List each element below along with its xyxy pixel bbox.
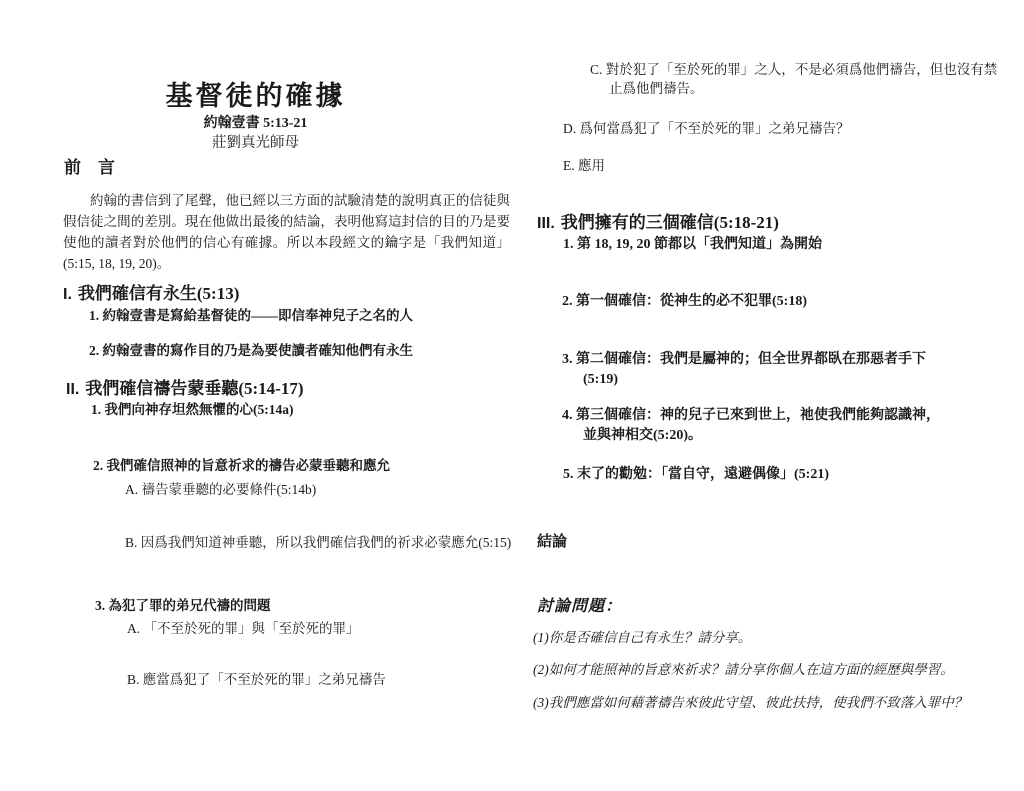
- outline-point-ii-3e: E. 應用: [563, 156, 763, 175]
- outline-point-ii-3c: C. 對於犯了「至於死的罪」之人，不是必須爲他們禱告，但也沒有禁止爲他們禱告。: [590, 60, 1003, 98]
- document-page: 基督徒的確據 約翰壹書 5:13-21 莊劉真光師母 前 言 約翰的書信到了尾聲…: [0, 0, 1024, 791]
- outline-point-i-1: 1. 約翰壹書是寫給基督徒的——即信奉神兒子之名的人: [89, 306, 509, 326]
- outline-point-iii-3: 3. 第二個確信：我們是屬神的；但全世界都臥在那惡者手下(5:19): [562, 350, 945, 390]
- page-title: 基督徒的確據: [63, 74, 448, 113]
- section-i-numeral: I.: [63, 286, 72, 303]
- outline-point-ii-2b: B. 因爲我們知道神垂聽，所以我們確信我們的祈求必蒙應允(5:15): [125, 533, 526, 552]
- outline-point-ii-3d: D. 爲何當爲犯了「不至於死的罪」之弟兄禱告？: [563, 119, 963, 138]
- outline-point-iii-1: 1. 第 18, 19, 20 節都以「我們知道」為開始: [563, 235, 973, 255]
- discussion-question-2: (2)如何才能照神的旨意來祈求？請分享你個人在這方面的經歷與學習。: [533, 660, 993, 679]
- scripture-reference: 約翰壹書 5:13-21: [63, 112, 448, 132]
- section-iii-numeral: III.: [537, 215, 555, 232]
- outline-point-ii-3b: B. 應當爲犯了「不至於死的罪」之弟兄禱告: [127, 670, 511, 689]
- author-name: 莊劉真光師母: [63, 131, 448, 152]
- conclusion-heading: 結論: [537, 530, 567, 551]
- outline-point-iii-4: 4. 第三個確信：神的兒子已來到世上，祂使我們能夠認識神，並與神相交(5:20)…: [562, 406, 945, 446]
- section-ii-title: 我們確信禱告蒙垂聽(5:14-17): [85, 379, 303, 398]
- section-iii-title: 我們擁有的三個確信(5:18-21): [561, 213, 779, 232]
- discussion-question-3: (3)我們應當如何藉著禱告來彼此守望、彼此扶持，使我們不致落入罪中？: [533, 693, 993, 712]
- section-i-heading: I.我們確信有永生(5:13): [63, 279, 239, 304]
- section-i-title: 我們確信有永生(5:13): [78, 284, 239, 303]
- outline-point-ii-3a: A. 「不至於死的罪」與「至於死的罪」: [127, 619, 511, 638]
- outline-point-ii-3: 3. 為犯了罪的弟兄代禱的問題: [95, 596, 515, 616]
- preface-heading: 前 言: [64, 153, 115, 178]
- discussion-heading: 討論問題：: [537, 593, 622, 616]
- section-iii-heading: III.我們擁有的三個確信(5:18-21): [537, 208, 779, 233]
- section-ii-numeral: II.: [66, 381, 79, 398]
- discussion-question-1: (1)你是否確信自己有永生？請分享。: [533, 628, 983, 647]
- outline-point-ii-2: 2. 我們確信照神的旨意祈求的禱告必蒙垂聽和應允: [93, 456, 513, 476]
- outline-point-iii-5: 5. 末了的勸勉：「當自守，遠避偶像」(5:21): [563, 465, 973, 485]
- preface-paragraph: 約翰的書信到了尾聲，他已經以三方面的試驗清楚的說明真正的信徒與假信徒之間的差別。…: [63, 190, 510, 274]
- outline-point-ii-2a: A. 禱告蒙垂聽的必要條件(5:14b): [125, 480, 509, 499]
- section-ii-heading: II.我們確信禱告蒙垂聽(5:14-17): [66, 374, 304, 399]
- outline-point-iii-2: 2. 第一個確信：從神生的必不犯罪(5:18): [562, 292, 972, 312]
- outline-point-ii-1: 1. 我們向神存坦然無懼的心(5:14a): [91, 400, 511, 420]
- outline-point-i-2: 2. 約翰壹書的寫作目的乃是為要使讀者確知他們有永生: [89, 341, 509, 361]
